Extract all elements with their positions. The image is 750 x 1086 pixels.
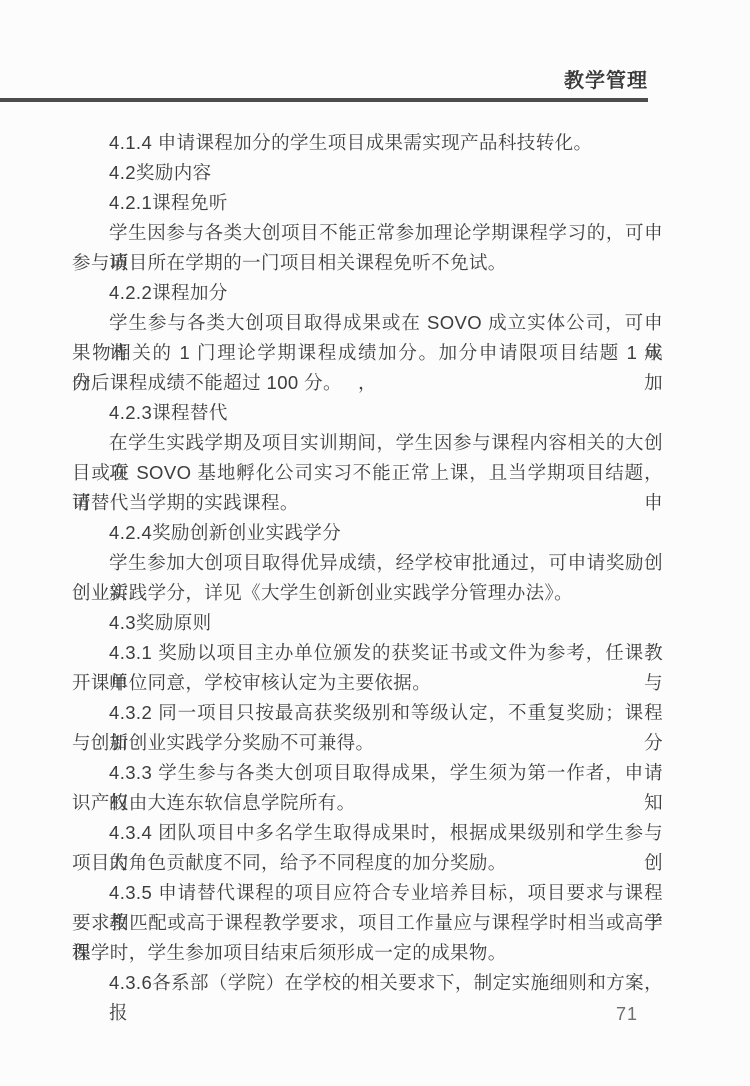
text-line: 4.2.1课程免听 [72, 188, 663, 218]
text-line: 4.2.4奖励创新创业实践学分 [72, 518, 663, 548]
text-line: 创业实践学分，详见《大学生创新创业实践学分管理办法》。 [72, 578, 663, 608]
text-line: 4.3.2 同一项目只按最高获奖级别和等级认定，不重复奖励；课程加分 [72, 698, 663, 728]
text-line: 4.3奖励原则 [72, 608, 663, 638]
header-rule [0, 98, 648, 102]
text-line: 4.2.2课程加分 [72, 278, 663, 308]
text-line: 要求相匹配或高于课程教学要求，项目工作量应与课程学时相当或高于课 [72, 908, 663, 938]
text-line: 4.3.4 团队项目中多名学生取得成果时，根据成果级别和学生参与大创 [72, 818, 663, 848]
text-line: 学生参加大创项目取得优异成绩，经学校审批通过，可申请奖励创新 [72, 548, 663, 578]
text-line: 4.3.3 学生参与各类大创项目取得成果，学生须为第一作者，申请的知 [72, 758, 663, 788]
text-line: 4.3.1 奖励以项目主办单位颁发的获奖证书或文件为参考，任课教师与 [72, 638, 663, 668]
text-line: 4.2奖励内容 [72, 158, 663, 188]
document-page: 教学管理 4.1.4 申请课程加分的学生项目成果需实现产品科技转化。4.2奖励内… [0, 0, 750, 1086]
text-line: 4.3.6各系部（学院）在学校的相关要求下，制定实施细则和方案，报 [72, 968, 663, 998]
text-line: 程学时，学生参加项目结束后须形成一定的成果物。 [72, 938, 663, 968]
page-header-title: 教学管理 [564, 68, 648, 94]
text-line: 4.1.4 申请课程加分的学生项目成果需实现产品科技转化。 [72, 128, 663, 158]
text-line: 学生因参与各类大创项目不能正常参加理论学期课程学习的，可申请 [72, 218, 663, 248]
body-text: 4.1.4 申请课程加分的学生项目成果需实现产品科技转化。4.2奖励内容4.2.… [72, 128, 663, 998]
text-line: 4.3.5 申请替代课程的项目应符合专业培养目标，项目要求与课程教学 [72, 878, 663, 908]
text-line: 目或在 SOVO 基地孵化公司实习不能正常上课，且当学期项目结题，可申 [72, 458, 663, 488]
text-line: 在学生实践学期及项目实训期间，学生因参与课程内容相关的大创项 [72, 428, 663, 458]
text-line: 学生参与各类大创项目取得成果或在 SOVO 成立实体公司，可申请成 [72, 308, 663, 338]
text-line: 4.2.3课程替代 [72, 398, 663, 428]
page-number: 71 [616, 1004, 638, 1025]
text-line: 果物相关的 1 门理论学期课程成绩加分。加分申请限项目结题 1 年内，加 [72, 338, 663, 368]
text-line: 参与项目所在学期的一门项目相关课程免听不免试。 [72, 248, 663, 278]
